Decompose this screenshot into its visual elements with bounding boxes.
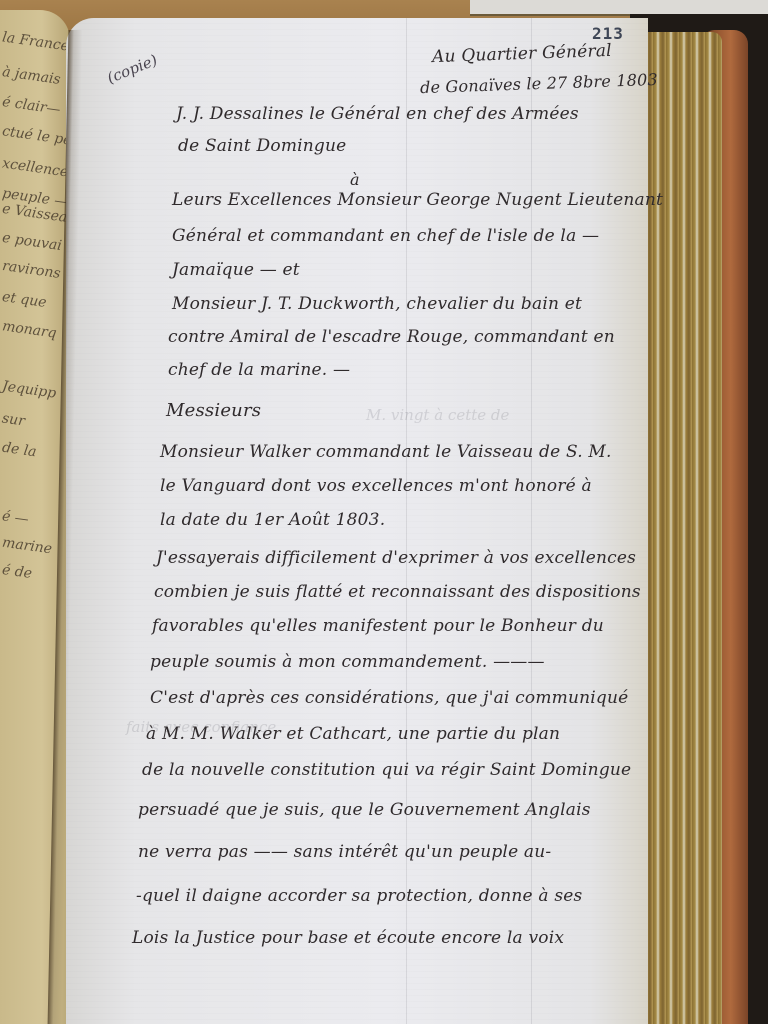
body-line: le Vanguard dont vos excellences m'ont h… [160, 476, 592, 496]
left-page-fragment: sur [1, 410, 26, 429]
recipient-line-1: Leurs Excellences Monsieur George Nugent… [172, 190, 663, 210]
body-line: persuadé que je suis, que le Gouvernemen… [138, 800, 591, 820]
body-line: C'est d'après ces considérations, que j'… [150, 688, 628, 708]
bleed-through-text: M. vingt à cette de [366, 406, 509, 424]
left-page-fragment: la France [1, 29, 70, 54]
body-line: peuple soumis à mon commandement. ——— [150, 652, 545, 672]
body-line: ne verra pas —— sans intérêt qu'un peupl… [138, 842, 551, 862]
recipient-line-2: Général et commandant en chef de l'isle … [172, 226, 599, 246]
recipient-line-4: Monsieur J. T. Duckworth, chevalier du b… [172, 294, 582, 314]
left-page-fragment: ravirons [1, 258, 61, 282]
recipient-line-6: chef de la marine. — [168, 360, 350, 380]
left-page-fragment: et que [1, 289, 47, 311]
left-page-fragment: à jamais [1, 64, 61, 88]
left-page-fragment: é clair— [1, 94, 61, 118]
body-line: J'essayerais difficilement d'exprimer à … [156, 548, 636, 568]
body-line: Lois la Justice pour base et écoute enco… [132, 928, 564, 948]
left-page-fragment: e pouvai [1, 230, 63, 254]
left-page-fragment: xcellence [1, 155, 69, 180]
recipient-line-3: Jamaïque — et [172, 260, 300, 280]
body-line: à M. M. Walker et Cathcart, une partie d… [146, 724, 560, 744]
left-page-fragment: marine [1, 535, 53, 558]
body-line: la date du 1er Août 1803. [160, 510, 385, 530]
book-fore-edge [640, 32, 722, 1024]
left-page-fragment: é — [1, 508, 30, 528]
paper-fold-line [406, 18, 407, 1024]
body-line: Monsieur Walker commandant le Vaisseau d… [160, 442, 612, 462]
preposition-a: à [350, 170, 360, 189]
left-page-fragment: monarq [1, 318, 57, 341]
body-line: de la nouvelle constitution qui va régir… [142, 760, 631, 780]
left-page-fragment: Jequipp [1, 378, 57, 401]
body-line: -quel il daigne accorder sa protection, … [136, 886, 582, 906]
paper-fold-line [531, 18, 532, 1024]
sender-line-2: de Saint Domingue [178, 136, 346, 156]
sender-line-1: J. J. Dessalines le Général en chef des … [176, 104, 579, 124]
left-page-fragment: de la [1, 440, 37, 461]
recipient-line-5: contre Amiral de l'escadre Rouge, comman… [168, 327, 615, 347]
body-line: favorables qu'elles manifestent pour le … [152, 616, 604, 636]
left-page-fragment: ctué le pe [1, 123, 70, 149]
body-line: combien je suis flatté et reconnaissant … [154, 582, 641, 602]
left-page-fragment: é de [1, 562, 33, 582]
salutation: Messieurs [166, 400, 261, 421]
